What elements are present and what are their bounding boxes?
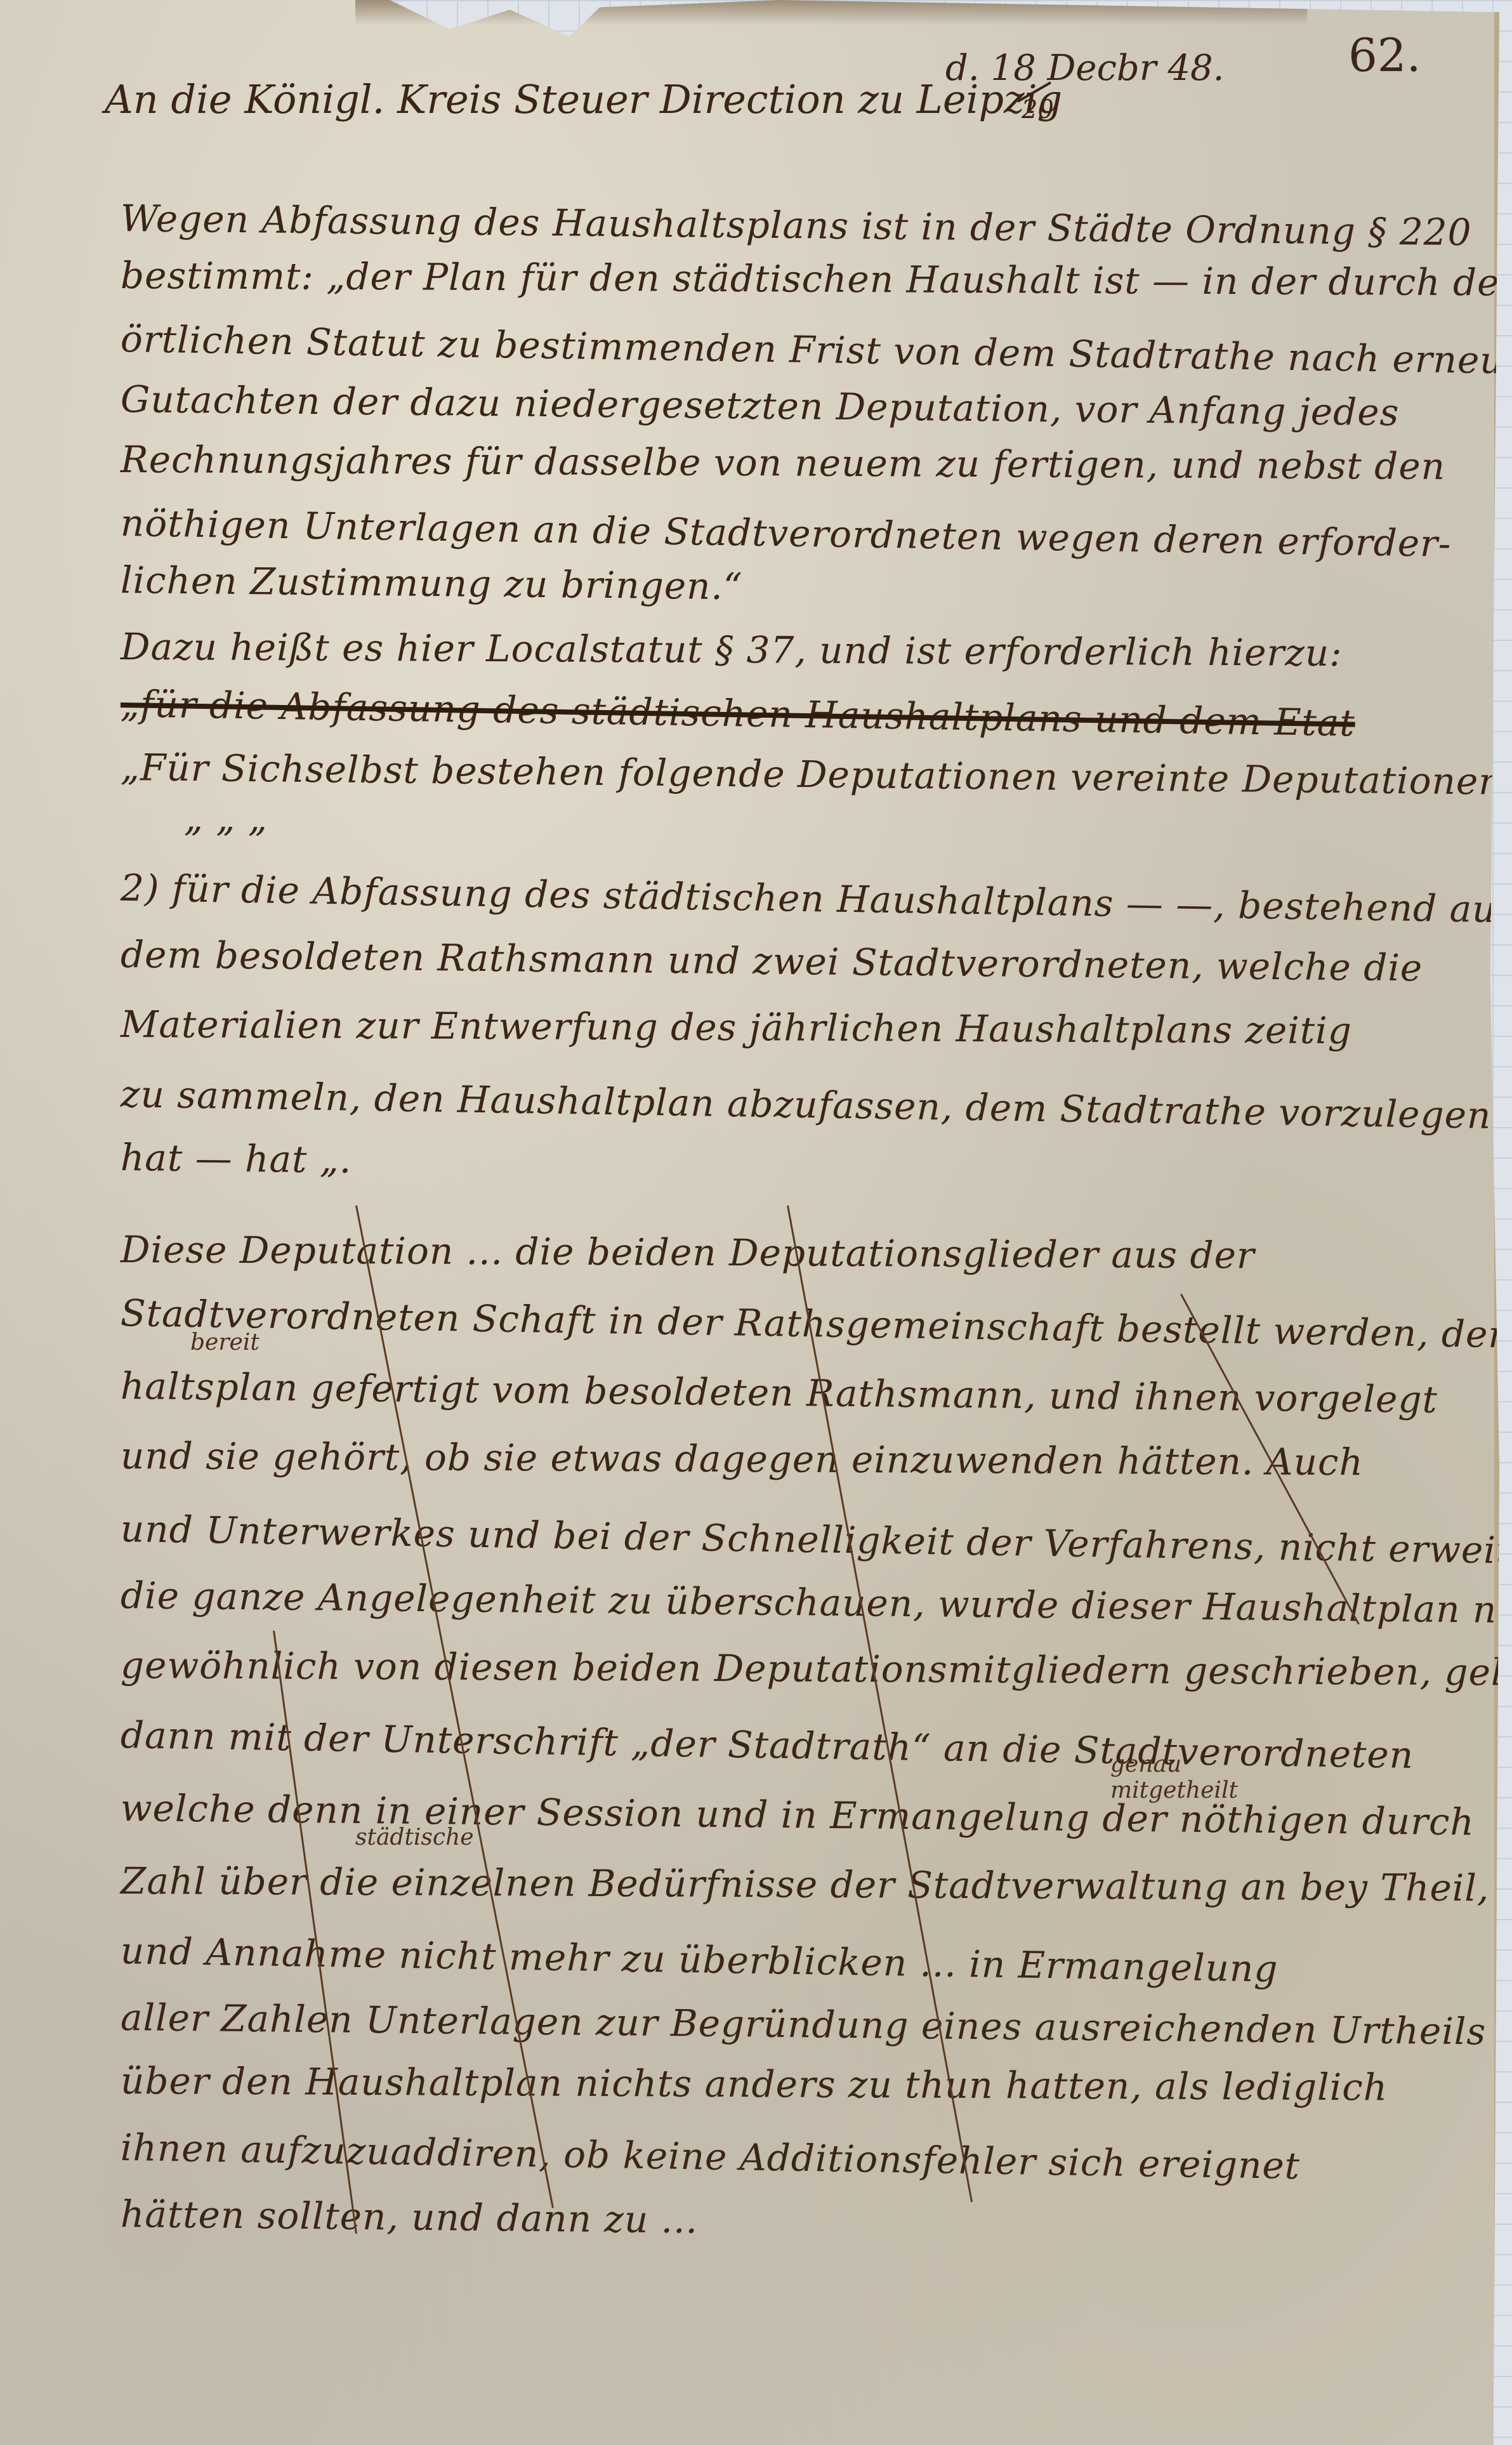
date-month-year: Decbr 48. xyxy=(1048,48,1225,89)
manuscript-line: Gutachten der dazu niedergesetzten Deput… xyxy=(121,378,1400,434)
date-line: d. 18 Decbr 48. 20 xyxy=(945,48,1224,89)
manuscript-line: haltsplan gefertigt vom besoldeten Raths… xyxy=(121,1364,1438,1421)
manuscript-line: und Annahme nicht mehr zu überblicken ..… xyxy=(120,1929,1279,1991)
cancellation-stroke xyxy=(355,1205,554,2208)
manuscript-line: 2) für die Abfassung des städtischen Hau… xyxy=(120,866,1512,932)
interlinear-insertion: bereit xyxy=(190,1329,260,1355)
manuscript-line: Dazu heißt es hier Localstatut § 37, und… xyxy=(121,625,1343,675)
date-day: d. 18 xyxy=(945,48,1036,89)
manuscript-line: „für die Abfassung des städtischen Haush… xyxy=(120,682,1355,745)
manuscript-line: und Unterwerkes und bei der Schnelligkei… xyxy=(120,1507,1512,1574)
manuscript-line: Diese Deputation ... die beiden Deputati… xyxy=(121,1228,1255,1277)
page-number: 62. xyxy=(1348,29,1421,82)
manuscript-line: Stadtverordneten Schaft in der Rathsgeme… xyxy=(120,1291,1512,1358)
manuscript-line: hätten sollten, und dann zu ... xyxy=(121,2192,699,2242)
interlinear-insertion: städtische xyxy=(355,1824,474,1850)
manuscript-line: und sie gehört, ob sie etwas dagegen ein… xyxy=(121,1434,1364,1484)
manuscript-line: welche denn in einer Session und in Erma… xyxy=(121,1786,1475,1843)
manuscript-line: zu sammeln, den Haushaltplan abzufassen,… xyxy=(120,1072,1491,1137)
addressee-line: An die Königl. Kreis Steuer Direction zu… xyxy=(105,76,1062,122)
manuscript-line: lichen Zustimmung zu bringen.“ xyxy=(121,558,743,608)
interlinear-insertion: genau mitgetheilt xyxy=(1110,1751,1238,1803)
manuscript-line: Materialien zur Entwerfung des jährliche… xyxy=(121,1003,1352,1052)
manuscript-line: gewöhnlich von diesen beiden Deputations… xyxy=(121,1644,1512,1694)
manuscript-line: die ganze Angelegenheit zu überschauen, … xyxy=(121,1574,1512,1631)
manuscript-line: Rechnungsjahres für dasselbe von neuem z… xyxy=(121,438,1445,488)
manuscript-line: ihnen aufzuzuaddiren, ob keine Additions… xyxy=(120,2126,1300,2187)
burnt-top-edge xyxy=(355,0,1307,25)
manuscript-line: dem besoldeten Rathsmann und zwei Stadtv… xyxy=(121,933,1423,989)
manuscript-line: örtlichen Statut zu bestimmenden Frist v… xyxy=(120,317,1512,384)
manuscript-line: „ „ „ xyxy=(184,796,268,840)
manuscript-line: hat — hat „. xyxy=(121,1136,352,1182)
manuscript-line: „Für Sichselbst bestehen folgende Deputa… xyxy=(121,746,1512,803)
manuscript-line: über den Haushaltplan nichts anders zu t… xyxy=(121,2059,1388,2109)
manuscript-line: nöthigen Unterlagen an die Stadtverordne… xyxy=(120,501,1452,565)
manuscript-line: bestimmt: „der Plan für den städtischen … xyxy=(121,254,1512,305)
cancellation-stroke xyxy=(787,1205,973,2202)
manuscript-page: 62. An die Königl. Kreis Steuer Directio… xyxy=(0,0,1499,2445)
manuscript-line: Wegen Abfassung des Haushaltsplans ist i… xyxy=(121,197,1472,254)
date-day-alt: 20 xyxy=(1022,95,1054,124)
manuscript-line: Zahl über die einzelnen Bedürfnisse der … xyxy=(121,1859,1490,1909)
